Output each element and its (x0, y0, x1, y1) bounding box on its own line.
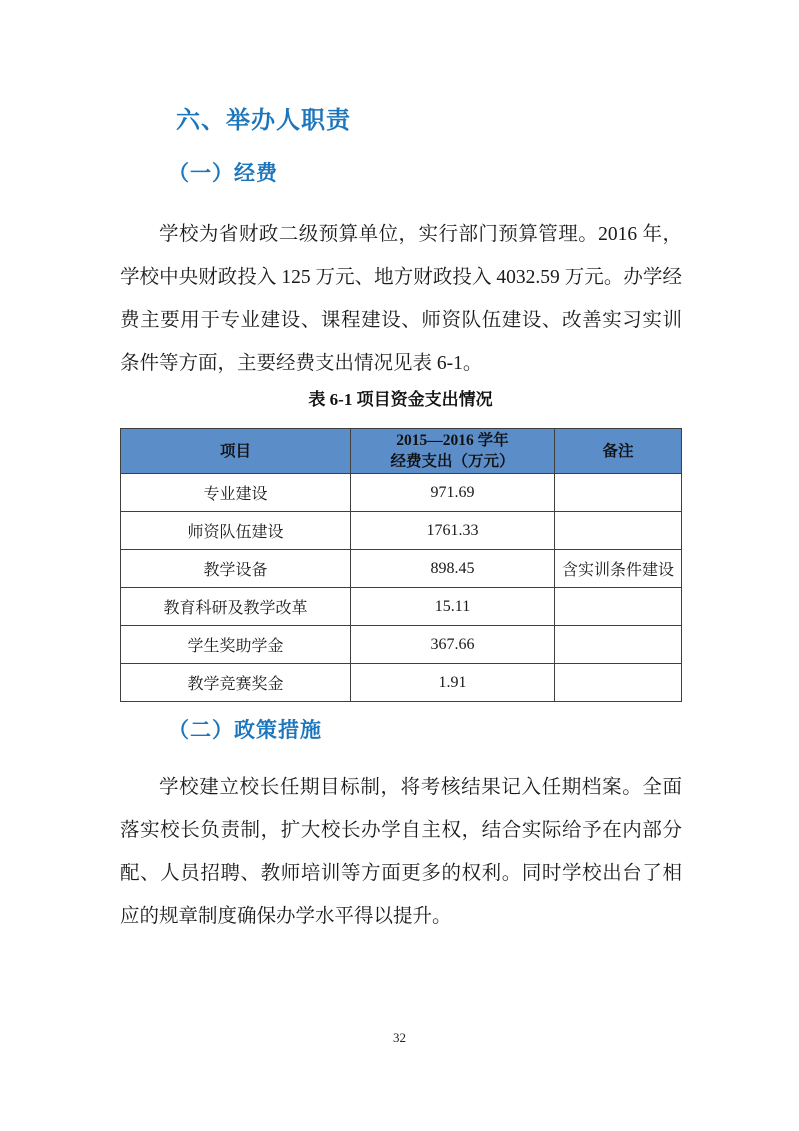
expense-table: 项目 2015—2016 学年 经费支出（万元） 备注 专业建设 971.69 … (120, 428, 682, 702)
amount-cell: 1.91 (351, 664, 555, 702)
note-cell (555, 474, 682, 512)
item-cell: 教学竞赛奖金 (121, 664, 351, 702)
note-cell (555, 588, 682, 626)
table-row: 专业建设 971.69 (121, 474, 682, 512)
document-page: 六、举办人职责 （一）经费 学校为省财政二级预算单位，实行部门预算管理。2016… (0, 0, 799, 1131)
section-heading: 六、举办人职责 (176, 100, 351, 135)
subsection-heading-policy: （二）政策措施 (168, 714, 322, 744)
table-body: 专业建设 971.69 师资队伍建设 1761.33 教学设备 898.45 含… (121, 474, 682, 702)
paragraph-policy: 学校建立校长任期目标制，将考核结果记入任期档案。全面落实校长负责制，扩大校长办学… (120, 766, 682, 938)
page-number: 32 (0, 1030, 799, 1046)
table-row: 教学设备 898.45 含实训条件建设 (121, 550, 682, 588)
note-cell (555, 664, 682, 702)
amount-cell: 971.69 (351, 474, 555, 512)
paragraph-funding: 学校为省财政二级预算单位，实行部门预算管理。2016 年，学校中央财政投入 12… (120, 213, 682, 385)
subsection-heading-funding: （一）经费 (168, 157, 278, 187)
amount-cell: 367.66 (351, 626, 555, 664)
header-cell-item: 项目 (121, 429, 351, 474)
table-header-row: 项目 2015—2016 学年 经费支出（万元） 备注 (121, 429, 682, 474)
table-row: 教学竞赛奖金 1.91 (121, 664, 682, 702)
amount-cell: 1761.33 (351, 512, 555, 550)
item-cell: 专业建设 (121, 474, 351, 512)
note-cell: 含实训条件建设 (555, 550, 682, 588)
item-cell: 学生奖助学金 (121, 626, 351, 664)
item-cell: 教育科研及教学改革 (121, 588, 351, 626)
amount-cell: 898.45 (351, 550, 555, 588)
table-row: 师资队伍建设 1761.33 (121, 512, 682, 550)
header-amount-line2: 经费支出（万元） (351, 451, 554, 472)
item-cell: 教学设备 (121, 550, 351, 588)
note-cell (555, 626, 682, 664)
item-cell: 师资队伍建设 (121, 512, 351, 550)
amount-cell: 15.11 (351, 588, 555, 626)
table-caption: 表 6-1 项目资金支出情况 (120, 385, 681, 410)
table-row: 学生奖助学金 367.66 (121, 626, 682, 664)
table-row: 教育科研及教学改革 15.11 (121, 588, 682, 626)
header-cell-note: 备注 (555, 429, 682, 474)
header-amount-line1: 2015—2016 学年 (351, 430, 554, 451)
table-header: 项目 2015—2016 学年 经费支出（万元） 备注 (121, 429, 682, 474)
header-cell-amount: 2015—2016 学年 经费支出（万元） (351, 429, 555, 474)
note-cell (555, 512, 682, 550)
